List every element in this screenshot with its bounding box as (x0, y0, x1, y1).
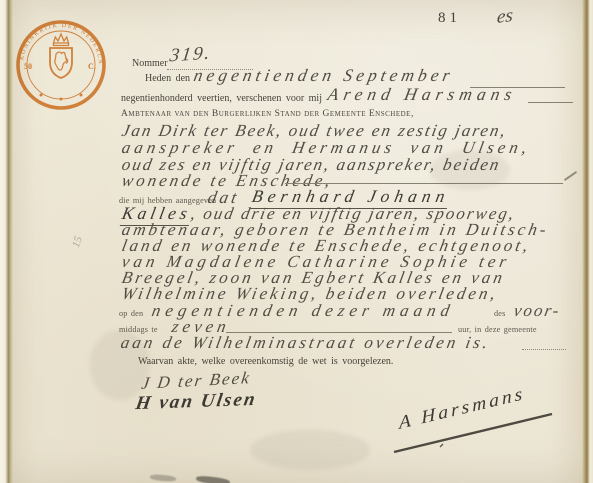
seal-ring-text: KONINKRIJK DER NEDERLANDEN (14, 18, 103, 65)
form-year-line: negentienhonderd veertien, verschenen vo… (121, 93, 322, 104)
death-record-scan: KONINKRIJK DER NEDERLANDEN 50 C. 81 es N… (0, 0, 593, 483)
official-title-line: Ambtenaar van den Burgerlijken Stand der… (121, 109, 414, 119)
written-official-name: Arend Harsmans (326, 84, 519, 105)
form-rule (528, 102, 573, 103)
seal-inner-ring (27, 31, 95, 99)
folio-number: 81 (438, 10, 461, 27)
paper-stain (90, 330, 150, 400)
revenue-stamp-seal: KONINKRIJK DER NEDERLANDEN 50 C. (14, 18, 108, 112)
record-number-label: Nommer (132, 58, 168, 69)
seal-value-left: 50 (24, 62, 32, 71)
form-rule (285, 183, 563, 184)
closing-formula: Waarvan akte, welke overeenkomstig de we… (138, 356, 393, 367)
binding-edge-left (0, 0, 13, 483)
page-edge-right (582, 0, 593, 483)
clerk-initials-mark: es (496, 5, 513, 29)
paper-stain (250, 430, 370, 470)
cutoff-ink-mark (150, 474, 176, 482)
form-date-prefix: Heden den (145, 73, 190, 84)
death-date-printed-prefix: op den (119, 309, 143, 318)
cutoff-ink-mark (196, 475, 231, 483)
death-time-written-ampm: voor- (512, 301, 562, 321)
written-date: negentienden September (192, 65, 456, 86)
lion-rampant-icon (55, 52, 68, 70)
svg-text:KONINKRIJK DER NEDERLANDEN: KONINKRIJK DER NEDERLANDEN (14, 18, 103, 65)
paper-stain (430, 150, 510, 190)
official-signature: A Harsmans (398, 383, 525, 434)
record-number-value: 319. (168, 43, 212, 68)
crown-icon (54, 34, 69, 46)
form-rule (522, 349, 566, 350)
death-time-printed-des: des (494, 309, 506, 318)
seal-dot (80, 94, 82, 96)
margin-pencil-note: 15 (70, 235, 85, 249)
witness-signature-2: H van Ulsen (134, 389, 258, 415)
death-place-written: aan de Wilhelminastraat overleden is. (119, 333, 492, 353)
seal-dot (40, 94, 42, 96)
seal-value-right: C. (88, 62, 96, 71)
seal-dot (60, 98, 62, 100)
stray-pen-mark (564, 171, 577, 181)
lion-shield-icon (50, 48, 72, 78)
seal-outer-ring (18, 22, 104, 108)
